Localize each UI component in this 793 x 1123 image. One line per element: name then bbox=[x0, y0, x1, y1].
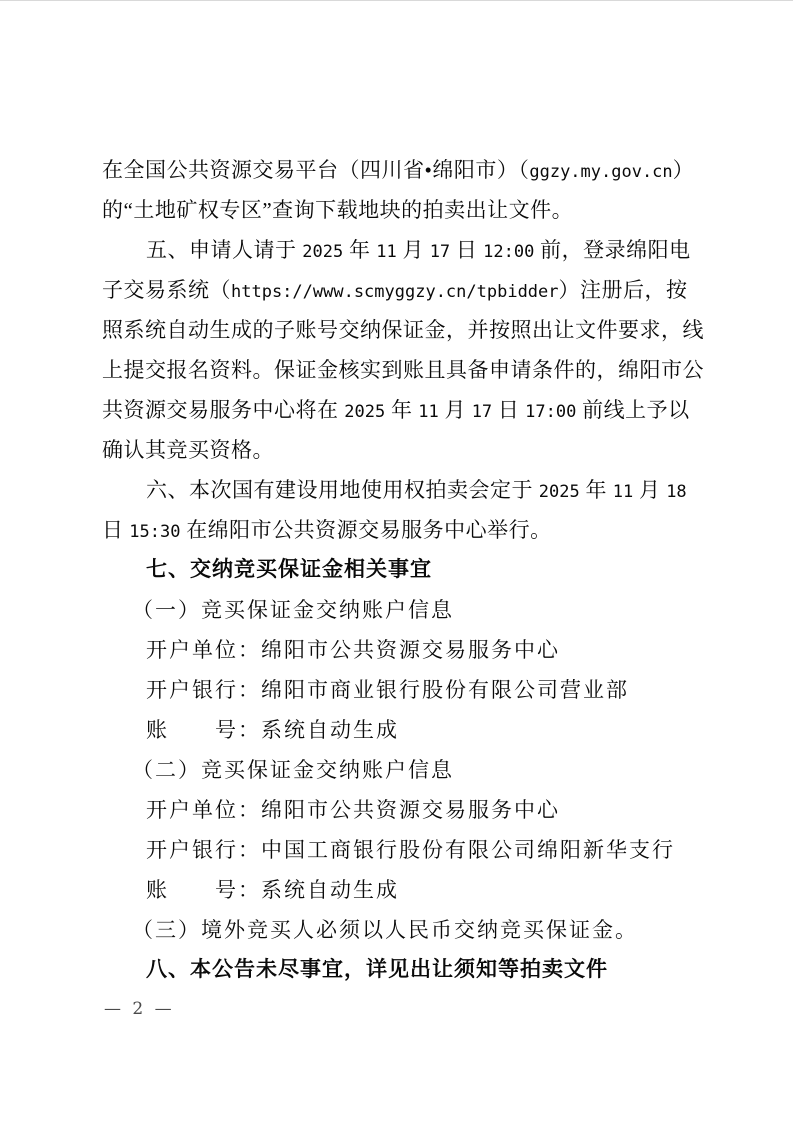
document-line: （二）竞买保证金交纳账户信息 bbox=[102, 750, 708, 790]
document-line: （一）竞买保证金交纳账户信息 bbox=[102, 590, 708, 630]
latin-text: 17 bbox=[472, 402, 492, 422]
cjk-text: 年 bbox=[343, 238, 376, 262]
document-line: （三）境外竞买人必须以人民币交纳竞买保证金。 bbox=[102, 910, 708, 950]
page-number: — 2 — bbox=[104, 997, 175, 1021]
document-line: 照系统自动生成的子账号交纳保证金，并按照出让文件要求，线 bbox=[102, 310, 708, 350]
cjk-text: 年 bbox=[385, 398, 418, 422]
cjk-text: 的“土地矿权专区”查询下载地块的拍卖出让文件。 bbox=[102, 198, 573, 222]
cjk-text: 月 bbox=[633, 478, 666, 502]
cjk-text: ） bbox=[673, 158, 695, 182]
cjk-text: 在绵阳市公共资源交易服务中心举行。 bbox=[180, 518, 551, 542]
latin-text: 2025 bbox=[539, 482, 580, 502]
document-line: 子交易系统（https://www.scmyggzy.cn/tpbidder）注… bbox=[102, 270, 708, 310]
document-line: 开户单位：绵阳市公共资源交易服务中心 bbox=[102, 790, 708, 830]
latin-text: ggzy.my.gov.cn bbox=[529, 162, 672, 182]
cjk-text: 开户单位：绵阳市公共资源交易服务中心 bbox=[146, 798, 560, 822]
latin-text: https://www.scmyggzy.cn/tpbidder bbox=[231, 282, 559, 302]
document-page: 在全国公共资源交易平台（四川省•绵阳市）（ggzy.my.gov.cn）的“土地… bbox=[0, 0, 793, 1123]
document-line: 开户单位：绵阳市公共资源交易服务中心 bbox=[102, 630, 708, 670]
cjk-text: 年 bbox=[580, 478, 613, 502]
document-line: 的“土地矿权专区”查询下载地块的拍卖出让文件。 bbox=[102, 190, 708, 230]
cjk-text: 日 bbox=[450, 238, 483, 262]
document-body: 在全国公共资源交易平台（四川省•绵阳市）（ggzy.my.gov.cn）的“土地… bbox=[102, 150, 708, 990]
document-line: 五、申请人请于 2025 年 11 月 17 日 12:00 前，登录绵阳电 bbox=[102, 230, 708, 270]
latin-text: 12:00 bbox=[483, 242, 534, 262]
cjk-text: （二）竞买保证金交纳账户信息 bbox=[132, 758, 454, 782]
cjk-text: 共资源交易服务中心将在 bbox=[102, 398, 344, 422]
cjk-text: 子交易系统（ bbox=[102, 278, 231, 302]
document-line: 日 15:30 在绵阳市公共资源交易服务中心举行。 bbox=[102, 510, 708, 550]
document-line: 在全国公共资源交易平台（四川省•绵阳市）（ggzy.my.gov.cn） bbox=[102, 150, 708, 190]
document-line: 账 号：系统自动生成 bbox=[102, 710, 708, 750]
document-line: 开户银行：绵阳市商业银行股份有限公司营业部 bbox=[102, 670, 708, 710]
cjk-text: 六、本次国有建设用地使用权拍卖会定于 bbox=[146, 478, 539, 502]
latin-text: 11 bbox=[418, 402, 438, 422]
document-line: 账 号：系统自动生成 bbox=[102, 870, 708, 910]
cjk-text: 月 bbox=[439, 398, 472, 422]
cjk-text: （三）境外竞买人必须以人民币交纳竞买保证金。 bbox=[132, 918, 638, 942]
document-line: 七、交纳竞买保证金相关事宜 bbox=[102, 550, 708, 590]
latin-text: 18 bbox=[666, 482, 686, 502]
document-line: 八、本公告未尽事宜，详见出让须知等拍卖文件 bbox=[102, 950, 708, 990]
latin-text: 2025 bbox=[302, 242, 343, 262]
cjk-text: 账 号：系统自动生成 bbox=[146, 878, 399, 902]
cjk-text: 在全国公共资源交易平台（四川省•绵阳市）（ bbox=[102, 158, 529, 182]
cjk-text: 月 bbox=[397, 238, 430, 262]
latin-text: 2025 bbox=[344, 402, 385, 422]
document-line: 上提交报名资料。保证金核实到账且具备申请条件的，绵阳市公 bbox=[102, 350, 708, 390]
cjk-text: ）注册后，按 bbox=[559, 278, 688, 302]
cjk-text: 确认其竞买资格。 bbox=[102, 438, 274, 462]
cjk-text: （一）竞买保证金交纳账户信息 bbox=[132, 598, 454, 622]
cjk-text: 前，登录绵阳电 bbox=[534, 238, 690, 262]
document-line: 开户银行：中国工商银行股份有限公司绵阳新华支行 bbox=[102, 830, 708, 870]
cjk-text: 五、申请人请于 bbox=[146, 238, 302, 262]
latin-text: 11 bbox=[613, 482, 633, 502]
latin-text: 17:00 bbox=[525, 402, 576, 422]
cjk-text: 照系统自动生成的子账号交纳保证金，并按照出让文件要求，线 bbox=[102, 318, 704, 342]
cjk-text: 账 号：系统自动生成 bbox=[146, 718, 399, 742]
cjk-text: 开户银行：绵阳市商业银行股份有限公司营业部 bbox=[146, 678, 629, 702]
cjk-text: 上提交报名资料。保证金核实到账且具备申请条件的，绵阳市公 bbox=[102, 358, 704, 382]
cjk-text: 开户银行：中国工商银行股份有限公司绵阳新华支行 bbox=[146, 838, 675, 862]
cjk-text: 日 bbox=[102, 518, 129, 542]
document-line: 共资源交易服务中心将在 2025 年 11 月 17 日 17:00 前线上予以 bbox=[102, 390, 708, 430]
latin-text: 17 bbox=[430, 242, 450, 262]
document-line: 确认其竞买资格。 bbox=[102, 430, 708, 470]
cjk-text: 八、本公告未尽事宜，详见出让须知等拍卖文件 bbox=[146, 958, 608, 981]
latin-text: 11 bbox=[376, 242, 396, 262]
cjk-text: 七、交纳竞买保证金相关事宜 bbox=[146, 558, 432, 581]
document-line: 六、本次国有建设用地使用权拍卖会定于 2025 年 11 月 18 bbox=[102, 470, 708, 510]
cjk-text: 日 bbox=[492, 398, 525, 422]
latin-text: 15:30 bbox=[129, 522, 180, 542]
cjk-text: 开户单位：绵阳市公共资源交易服务中心 bbox=[146, 638, 560, 662]
cjk-text: 前线上予以 bbox=[576, 398, 689, 422]
